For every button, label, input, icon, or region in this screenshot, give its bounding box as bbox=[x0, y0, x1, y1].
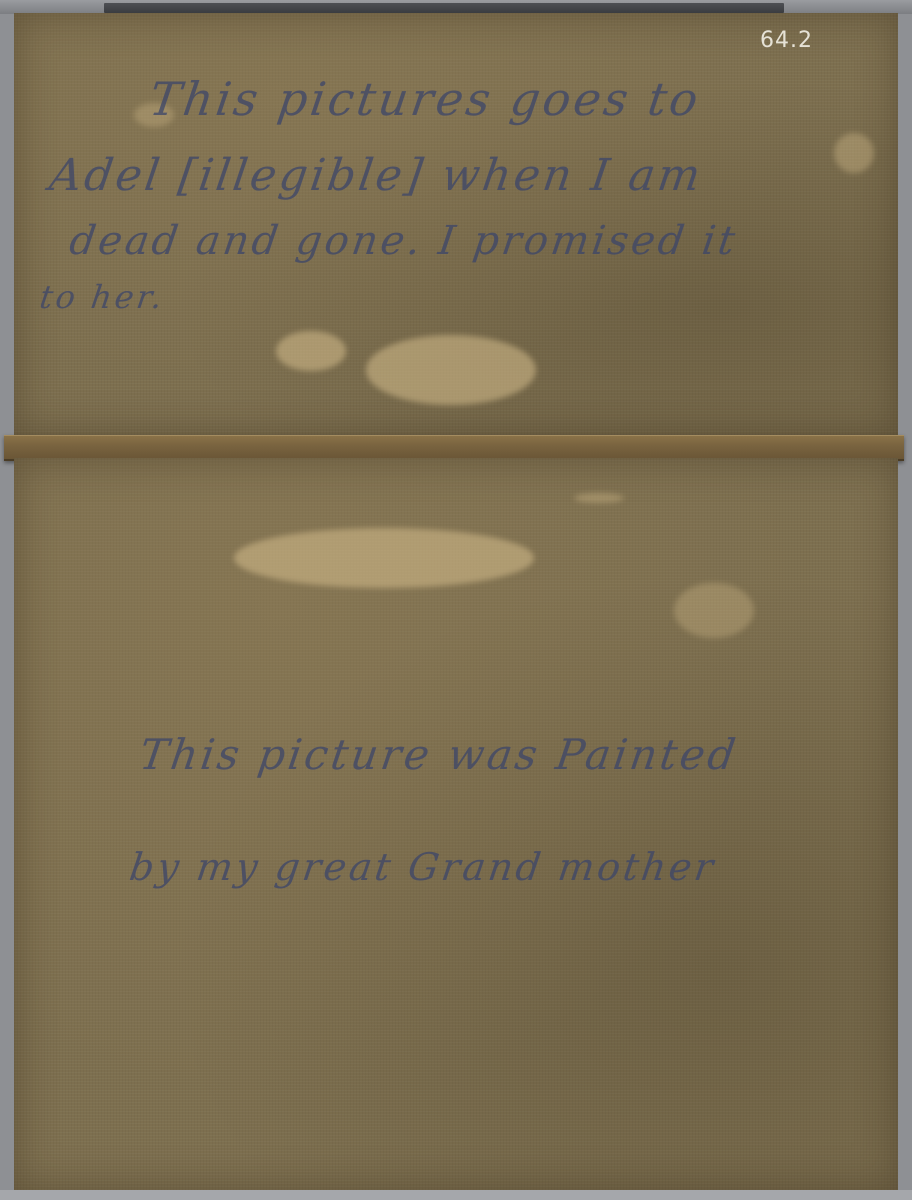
stain bbox=[276, 331, 346, 371]
bottom-frame-edge bbox=[0, 1190, 912, 1200]
inscription-upper-line-4: to her. bbox=[37, 278, 167, 316]
inscription-lower-line-2: by my great Grand mother bbox=[127, 845, 719, 889]
top-metal-rail bbox=[104, 3, 784, 13]
stain bbox=[674, 583, 754, 638]
stain bbox=[234, 528, 534, 588]
inscription-upper-line-1: This pictures goes to bbox=[146, 72, 704, 126]
inscription-upper-line-2: Adel [illegible] when I am bbox=[46, 150, 706, 201]
catalog-number: 64.2 bbox=[760, 28, 813, 53]
stain bbox=[574, 493, 624, 503]
stain bbox=[366, 335, 536, 405]
inscription-lower-line-1: This picture was Painted bbox=[137, 730, 742, 779]
canvas-lower-panel bbox=[14, 458, 898, 1190]
stain bbox=[834, 133, 874, 173]
inscription-upper-line-3: dead and gone. I promised it bbox=[67, 218, 741, 264]
